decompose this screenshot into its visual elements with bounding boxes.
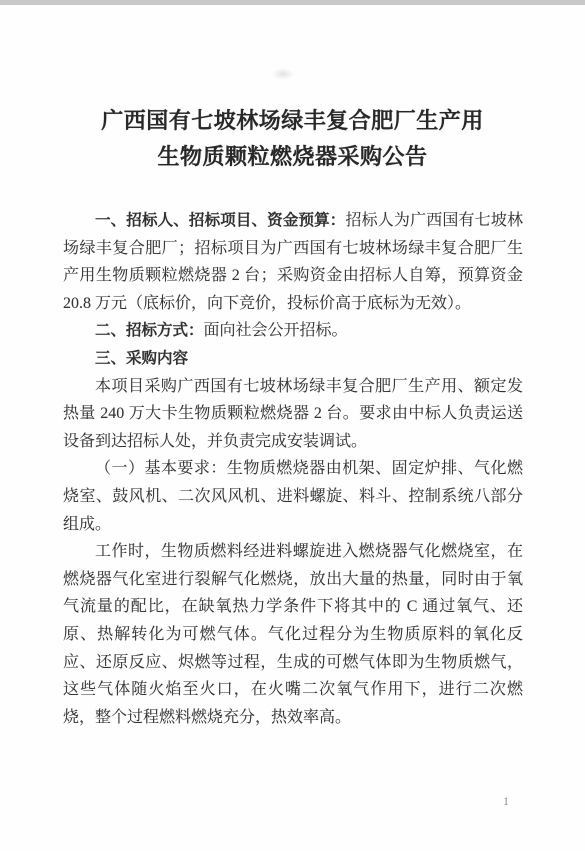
scan-smudge	[272, 68, 294, 80]
paragraph: （一）基本要求：生物质燃烧器由机架、固定炉排、气化燃烧室、鼓风机、二次风风机、进…	[63, 455, 523, 538]
title-line-1: 广西国有七坡林场绿丰复合肥厂生产用	[40, 103, 545, 139]
paragraph: 工作时，生物质燃料经进料螺旋进入燃烧器气化燃烧室，在燃烧器气化室进行裂解气化燃烧…	[63, 538, 523, 731]
paragraph-text: 面向社会公开招标。	[204, 322, 348, 339]
page-number: 1	[503, 794, 509, 809]
paragraph: 本项目采购广西国有七坡林场绿丰复合肥厂生产用、额定发热量 240 万大卡生物质颗…	[63, 373, 523, 456]
paragraph-lead: 一、招标人、招标项目、资金预算：	[95, 212, 345, 229]
paragraph-text: （一）基本要求：生物质燃烧器由机架、固定炉排、气化燃烧室、鼓风机、二次风风机、进…	[63, 460, 523, 532]
paragraph-text: 工作时，生物质燃料经进料螺旋进入燃烧器气化燃烧室，在燃烧器气化室进行裂解气化燃烧…	[63, 543, 523, 726]
paragraph-lead: 二、招标方式：	[95, 322, 204, 339]
paragraph-text: 本项目采购广西国有七坡林场绿丰复合肥厂生产用、额定发热量 240 万大卡生物质颗…	[63, 378, 523, 450]
document-title: 广西国有七坡林场绿丰复合肥厂生产用 生物质颗粒燃烧器采购公告	[0, 0, 585, 175]
paragraph: 二、招标方式：面向社会公开招标。	[63, 317, 523, 345]
scan-edge-artifact	[0, 0, 585, 5]
document-body: 一、招标人、招标项目、资金预算：招标人为广西国有七坡林场绿丰复合肥厂；招标项目为…	[63, 207, 523, 731]
paragraph-lead: 三、采购内容	[95, 350, 188, 367]
document-page: 广西国有七坡林场绿丰复合肥厂生产用 生物质颗粒燃烧器采购公告 一、招标人、招标项…	[0, 0, 585, 851]
paragraph: 三、采购内容	[63, 345, 523, 373]
title-line-2: 生物质颗粒燃烧器采购公告	[40, 139, 545, 175]
paragraph: 一、招标人、招标项目、资金预算：招标人为广西国有七坡林场绿丰复合肥厂；招标项目为…	[63, 207, 523, 317]
